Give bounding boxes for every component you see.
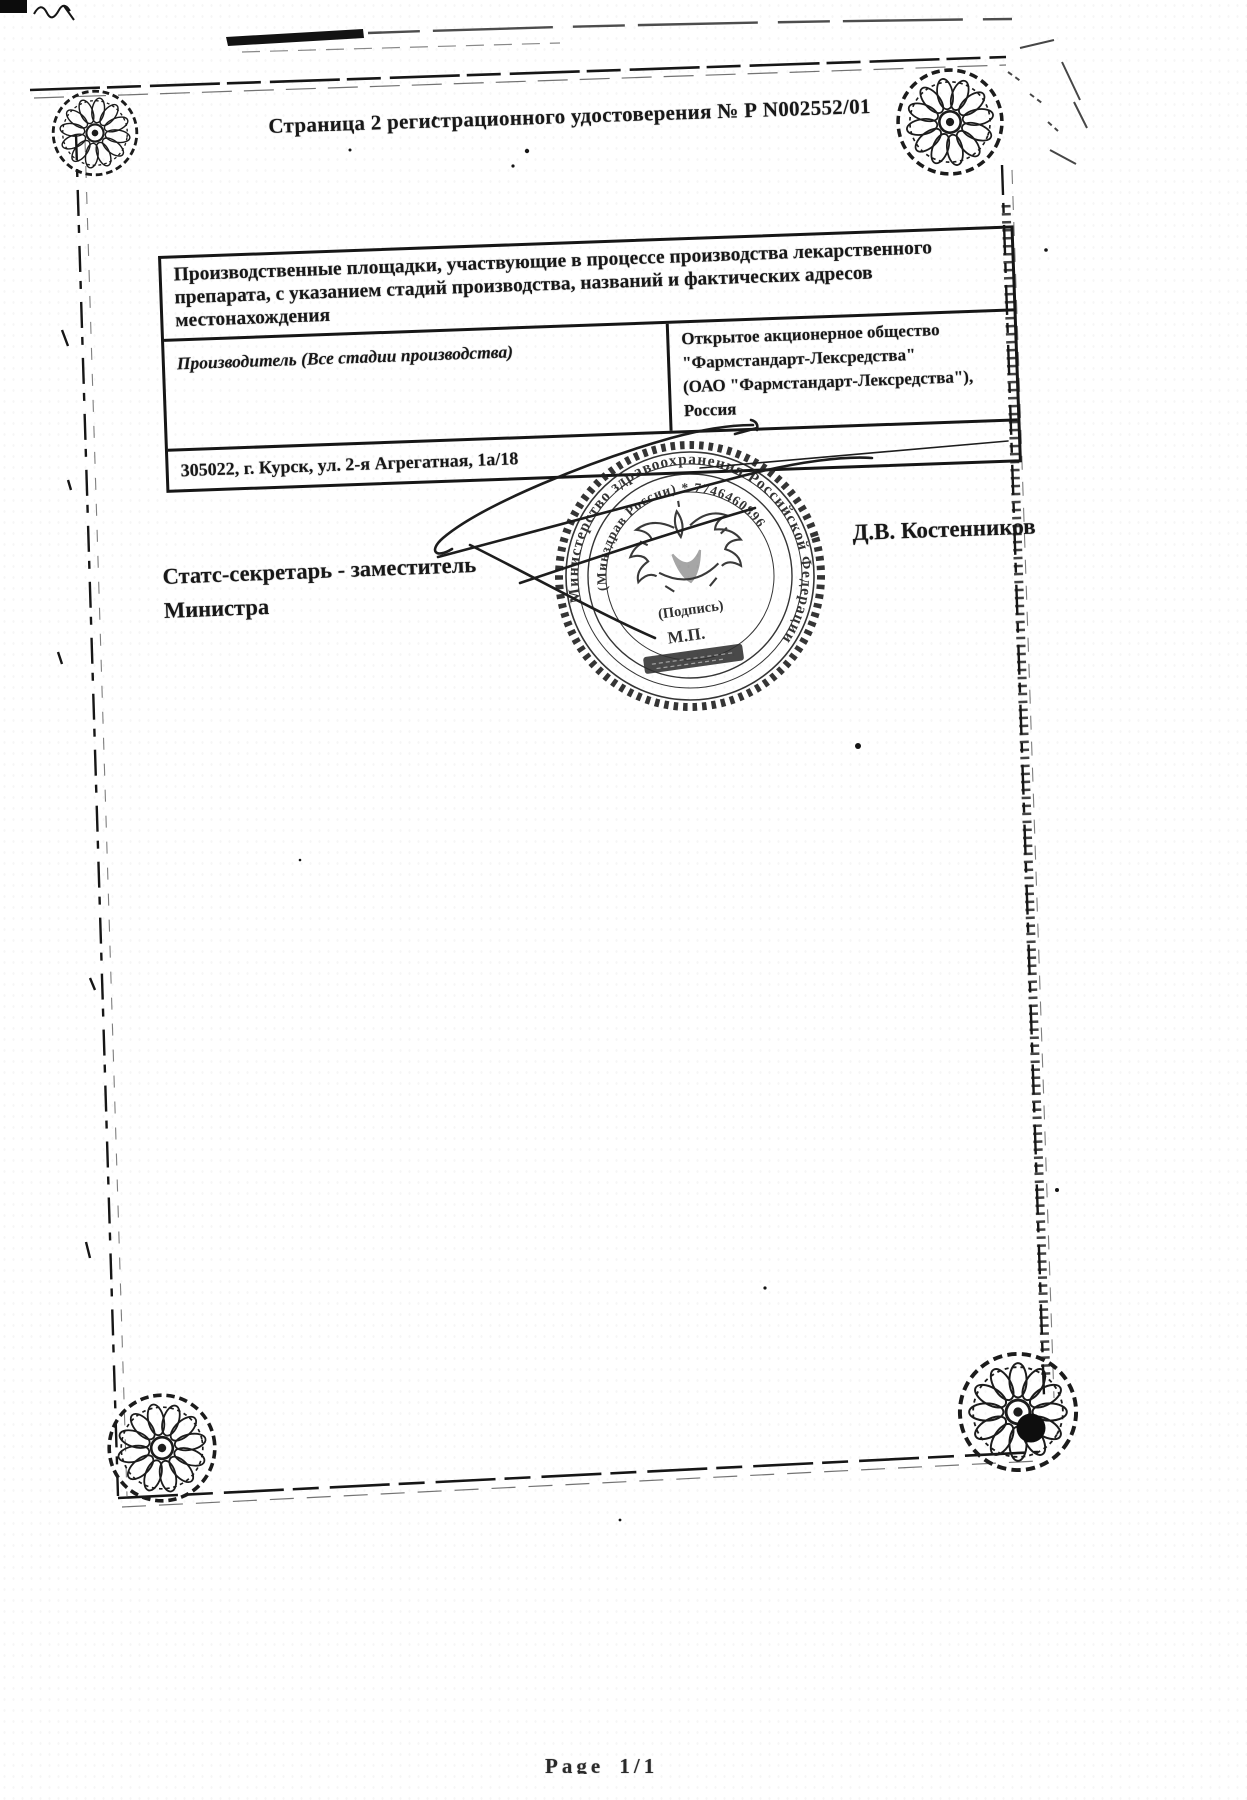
page-title: Страница 2 регистрационного удостоверени…: [268, 94, 871, 139]
signer-name: Д.В. Костенников: [852, 514, 1036, 546]
rosette-ornament-bottom-left: [99, 1385, 224, 1510]
rosette-ornament-bottom-right: [939, 1333, 1098, 1492]
position-line-2: Министра: [163, 594, 269, 623]
certificate-scan-page: Страница 2 регистрационного удостоверени…: [0, 0, 1247, 1800]
rosette-ornament-top-left: [48, 86, 142, 180]
corner-marks-top-right: [1008, 40, 1087, 164]
scan-artifacts-top-left: [0, 0, 74, 20]
signer-position-title: Статс-секретарь - заместитель Министра: [162, 548, 478, 627]
ministry-seal-stamp: Министерство здравоохранения Российской …: [539, 425, 842, 728]
stamp-signature-caption: (Подпись): [657, 598, 725, 623]
page-footer: Page 1/1: [545, 1754, 658, 1774]
position-line-1: Статс-секретарь - заместитель: [162, 552, 476, 589]
top-smear-line: [226, 19, 1012, 52]
producer-name-cell: Открытое акционерное общество "Фармстанд…: [669, 311, 1018, 430]
producer-stage-cell: Производитель (Все стадии производства): [164, 324, 672, 448]
stamp-seal-caption: М.П.: [666, 624, 706, 648]
stamp-captions: (Подпись) М.П.: [657, 598, 728, 649]
ink-dot: [1017, 1414, 1046, 1443]
rosette-ornament-top-right: [883, 55, 1016, 188]
margin-ticks: [58, 330, 95, 1258]
